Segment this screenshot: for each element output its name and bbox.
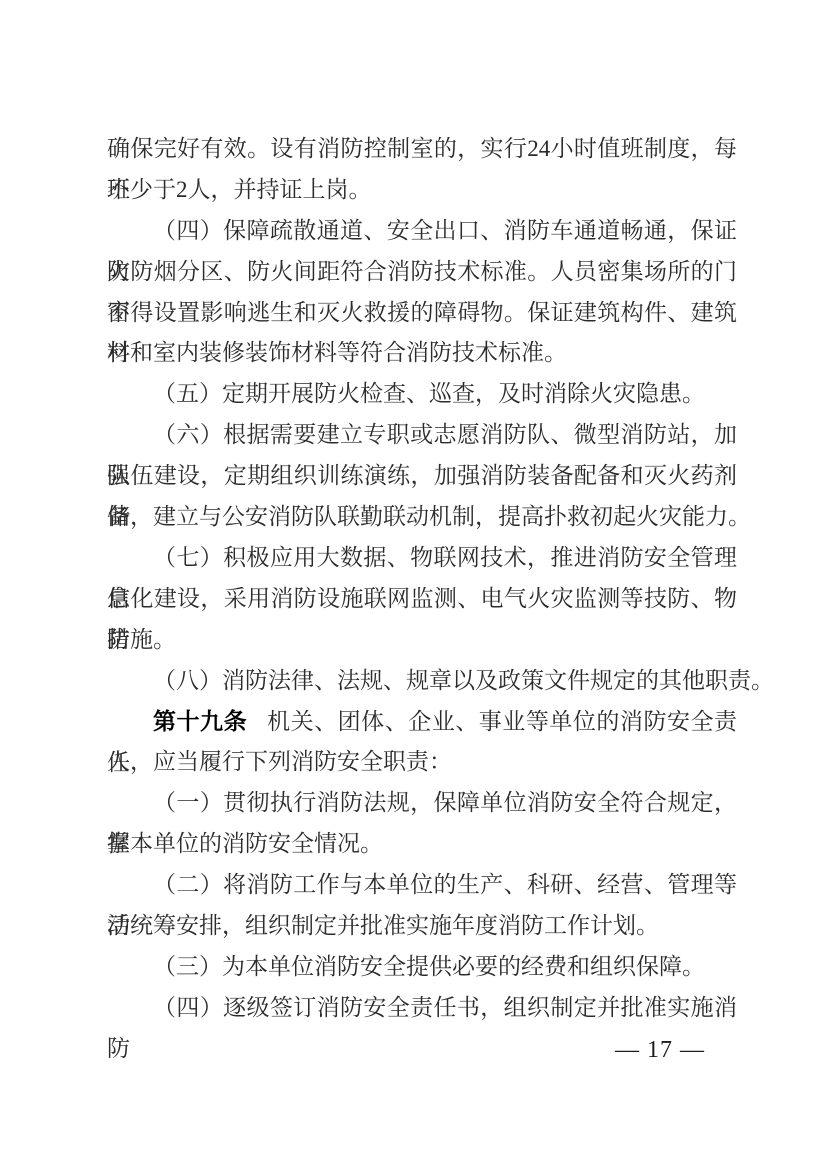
document-line: （三）为本单位消防安全提供必要的经费和组织保障。 — [107, 947, 737, 988]
document-line: （五）定期开展防火检查、巡查，及时消除火灾隐患。 — [107, 374, 737, 415]
document-line: 动统筹安排，组织制定并批准实施年度消防工作计划。 — [107, 906, 737, 947]
document-line: 措施。 — [107, 620, 737, 661]
document-line: 息化建设，采用消防设施联网监测、电气火灾监测等技防、物防 — [107, 579, 737, 620]
document-line: 队伍建设，定期组织训练演练，加强消防装备配备和灭火药剂储 — [107, 456, 737, 497]
document-line: 确保完好有效。设有消防控制室的，实行24小时值班制度，每班 — [107, 129, 737, 170]
document-line: （八）消防法律、法规、规章以及政策文件规定的其他职责。 — [107, 661, 737, 702]
document-line: （二）将消防工作与本单位的生产、科研、经营、管理等活 — [107, 865, 737, 906]
document-line: 备，建立与公安消防队联勤联动机制，提高扑救初起火灾能力。 — [107, 497, 737, 538]
document-line: （七）积极应用大数据、物联网技术，推进消防安全管理信 — [107, 538, 737, 579]
document-page: { "colors": { "background": "#ffffff", "… — [0, 0, 827, 1169]
article-heading: 第十九条 — [153, 708, 247, 734]
document-line: 料和室内装修装饰材料等符合消防技术标准。 — [107, 333, 737, 374]
document-line: 火防烟分区、防火间距符合消防技术标准。人员密集场所的门窗 — [107, 252, 737, 293]
document-line: （一）贯彻执行消防法规，保障单位消防安全符合规定，掌 — [107, 783, 737, 824]
document-line: 握本单位的消防安全情况。 — [107, 824, 737, 865]
document-line: 第十九条机关、团体、企业、事业等单位的消防安全责任 — [107, 701, 737, 742]
document-body: 确保完好有效。设有消防控制室的，实行24小时值班制度，每班不少于2人，并持证上岗… — [107, 129, 737, 1029]
document-line: （六）根据需要建立专职或志愿消防队、微型消防站，加强 — [107, 415, 737, 456]
document-line: 不得设置影响逃生和灭火救援的障碍物。保证建筑构件、建筑材 — [107, 293, 737, 334]
document-line: 人，应当履行下列消防安全职责： — [107, 742, 737, 783]
document-line: （四）保障疏散通道、安全出口、消防车通道畅通，保证防 — [107, 211, 737, 252]
page-number: — 17 — — [615, 1034, 705, 1066]
document-line: 不少于2人，并持证上岗。 — [107, 170, 737, 211]
document-line: （四）逐级签订消防安全责任书，组织制定并批准实施消防 — [107, 988, 737, 1029]
